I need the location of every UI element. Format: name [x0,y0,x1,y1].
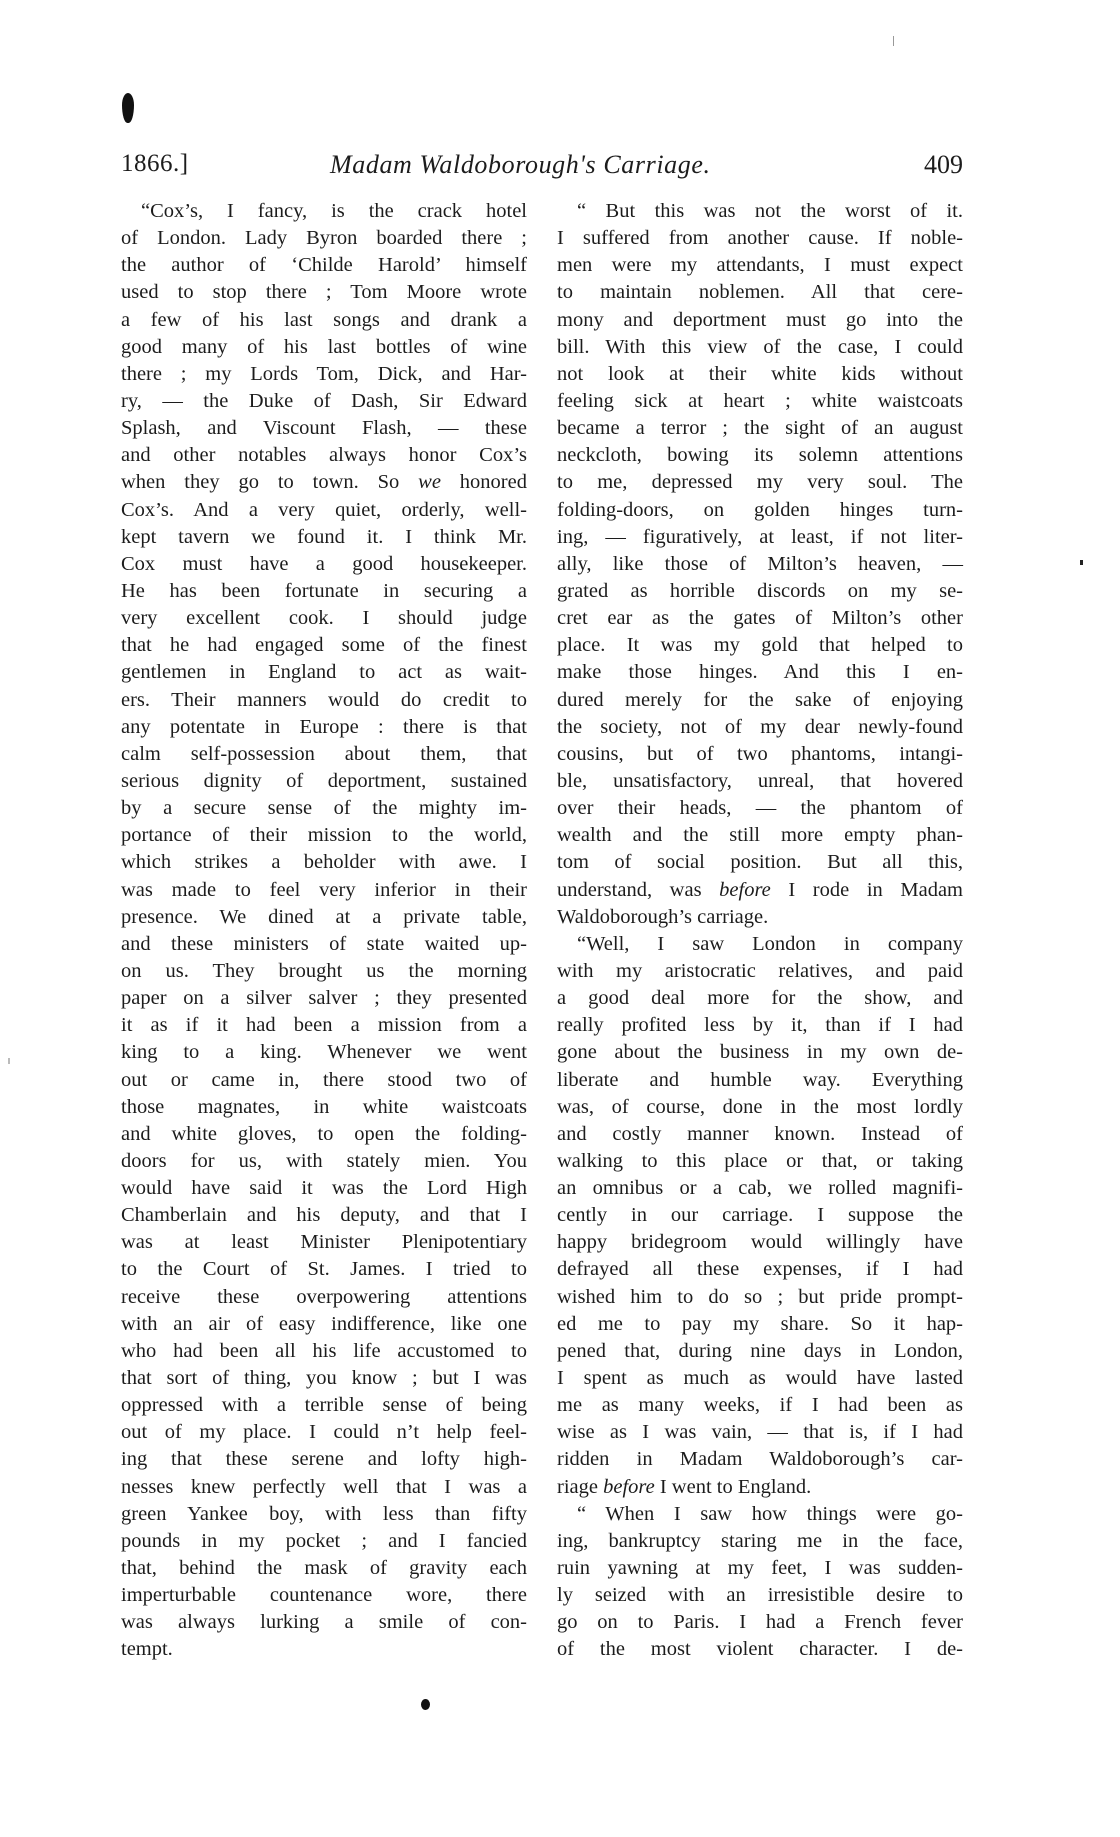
text-line: wished him to do so ; but pride prompt- [557,1284,963,1311]
ink-dot-mark [421,1699,430,1710]
text-line: who had been all his life accustomed to [121,1338,527,1365]
running-head-title: Madam Waldoborough's Carriage. [330,150,711,180]
text-line: gentlemen in England to act as wait- [121,659,527,686]
text-line: by a secure sense of the mighty im- [121,795,527,822]
text-line: cousins, but of two phantoms, intangi- [557,741,963,768]
text-line: an omnibus or a cab, we rolled magnifi- [557,1175,963,1202]
running-head-year: 1866.] [121,150,189,178]
text-line: place. It was my gold that helped to [557,632,963,659]
text-line: pounds in my pocket ; and I fancied [121,1528,527,1555]
right-text-column: “ But this was not the worst of it.I suf… [557,198,963,1664]
text-line: “ When I saw how things were go- [557,1501,963,1528]
scan-speck [8,1058,10,1064]
text-line: the society, not of my dear newly-found [557,714,963,741]
text-line: with an air of easy indifference, like o… [121,1311,527,1338]
text-line: bill. With this view of the case, I coul… [557,334,963,361]
text-line: gone about the business in my own de- [557,1039,963,1066]
text-line: ridden in Madam Waldoborough’s car- [557,1446,963,1473]
text-line: liberate and humble way. Everything [557,1067,963,1094]
text-line: king to a king. Whenever we went [121,1039,527,1066]
text-line: I suffered from another cause. If noble- [557,225,963,252]
text-line: that he had engaged some of the finest [121,632,527,659]
text-line: understand, was before I rode in Madam [557,877,963,904]
text-line: any potentate in Europe : there is that [121,714,527,741]
text-line: was, of course, done in the most lordly [557,1094,963,1121]
text-line: to me, depressed my very soul. The [557,469,963,496]
text-line: portance of their mission to the world, [121,822,527,849]
text-line: imperturbable countenance wore, there [121,1582,527,1609]
text-line: “Well, I saw London in company [557,931,963,958]
text-line: the author of ‘Childe Harold’ himself [121,252,527,279]
text-line: really profited less by it, than if I ha… [557,1012,963,1039]
text-line: dured merely for the sake of enjoying [557,687,963,714]
text-line: to maintain noblemen. All that cere- [557,279,963,306]
text-line: there ; my Lords Tom, Dick, and Har- [121,361,527,388]
text-line: kept tavern we found it. I think Mr. [121,524,527,551]
text-line: ble, unsatisfactory, unreal, that hovere… [557,768,963,795]
text-line: very excellent cook. I should judge [121,605,527,632]
text-line: out or came in, there stood two of [121,1067,527,1094]
text-line: was at least Minister Plenipotentiary [121,1229,527,1256]
text-line: oppressed with a terrible sense of being [121,1392,527,1419]
text-line: Chamberlain and his deputy, and that I [121,1202,527,1229]
text-line: and other notables always honor Cox’s [121,442,527,469]
text-line: feeling sick at heart ; white waistcoats [557,388,963,415]
text-line: me as many weeks, if I had been as [557,1392,963,1419]
italic-emphasis: we [418,471,441,493]
text-line: ed me to pay my share. So it hap- [557,1311,963,1338]
text-line: tom of social position. But all this, [557,849,963,876]
text-line: serious dignity of deportment, sustained [121,768,527,795]
text-line: nesses knew perfectly well that I was a [121,1474,527,1501]
text-line: go on to Paris. I had a French fever [557,1609,963,1636]
text-line: which strikes a beholder with awe. I [121,849,527,876]
text-line: on us. They brought us the morning [121,958,527,985]
text-line: grated as horrible discords on my se- [557,578,963,605]
text-line: became a terror ; the sight of an august [557,415,963,442]
text-line: over their heads, — the phantom of [557,795,963,822]
text-line: I spent as much as would have lasted [557,1365,963,1392]
text-line: doors for us, with stately mien. You [121,1148,527,1175]
book-page: 1866.] Madam Waldoborough's Carriage. 40… [0,0,1120,1837]
text-line: riage before I went to England. [557,1474,963,1501]
text-line: make those hinges. And this I en- [557,659,963,686]
scan-speck [893,36,894,46]
text-line: pened that, during nine days in London, [557,1338,963,1365]
text-line: receive these overpowering attentions [121,1284,527,1311]
text-line: of the most violent character. I de- [557,1636,963,1663]
text-line: was always lurking a smile of con- [121,1609,527,1636]
text-line: ing, — figuratively, at least, if not li… [557,524,963,551]
text-line: a few of his last songs and drank a [121,307,527,334]
text-line: men were my attendants, I must expect [557,252,963,279]
text-line: cently in our carriage. I suppose the [557,1202,963,1229]
text-line: tempt. [121,1636,527,1663]
text-line: and white gloves, to open the folding- [121,1121,527,1148]
text-line: happy bridegroom would willingly have [557,1229,963,1256]
text-line: Splash, and Viscount Flash, — these [121,415,527,442]
text-line: and these ministers of state waited up- [121,931,527,958]
text-line: He has been fortunate in securing a [121,578,527,605]
text-line: when they go to town. So we honored [121,469,527,496]
text-line: walking to this place or that, or taking [557,1148,963,1175]
running-head: 1866.] Madam Waldoborough's Carriage. 40… [121,150,963,186]
text-line: ally, like those of Milton’s heaven, — [557,551,963,578]
text-line: Waldoborough’s carriage. [557,904,963,931]
text-line: wealth and the still more empty phan- [557,822,963,849]
text-line: calm self-possession about them, that [121,741,527,768]
text-line: those magnates, in white waistcoats [121,1094,527,1121]
text-line: “Cox’s, I fancy, is the crack hotel [121,198,527,225]
text-line: ers. Their manners would do credit to [121,687,527,714]
text-line: not look at their white kids without [557,361,963,388]
text-line: of London. Lady Byron boarded there ; [121,225,527,252]
text-line: cret ear as the gates of Milton’s other [557,605,963,632]
text-line: used to stop there ; Tom Moore wrote [121,279,527,306]
text-line: ly seized with an irresistible desire to [557,1582,963,1609]
text-line: that, behind the mask of gravity each [121,1555,527,1582]
italic-emphasis: before [719,879,771,901]
text-line: ruin yawning at my feet, I was sudden- [557,1555,963,1582]
text-line: with my aristocratic relatives, and paid [557,958,963,985]
text-line: out of my place. I could n’t help feel- [121,1419,527,1446]
text-line: “ But this was not the worst of it. [557,198,963,225]
text-line: green Yankee boy, with less than fifty [121,1501,527,1528]
text-line: Cox must have a good housekeeper. [121,551,527,578]
page-number: 409 [924,150,963,180]
text-line: Cox’s. And a very quiet, orderly, well- [121,497,527,524]
left-text-column: “Cox’s, I fancy, is the crack hotelof Lo… [121,198,527,1664]
text-line: that sort of thing, you know ; but I was [121,1365,527,1392]
scan-speck [1080,560,1083,565]
ink-blot-mark [122,93,134,123]
text-line: ry, — the Duke of Dash, Sir Edward [121,388,527,415]
text-line: ing that these serene and lofty high- [121,1446,527,1473]
text-line: paper on a silver salver ; they presente… [121,985,527,1012]
text-line: presence. We dined at a private table, [121,904,527,931]
italic-emphasis: before [603,1476,655,1498]
text-line: good many of his last bottles of wine [121,334,527,361]
text-line: mony and deportment must go into the [557,307,963,334]
text-line: defrayed all these expenses, if I had [557,1256,963,1283]
text-line: and costly manner known. Instead of [557,1121,963,1148]
text-line: a good deal more for the show, and [557,985,963,1012]
text-line: was made to feel very inferior in their [121,877,527,904]
text-line: neckcloth, bowing its solemn attentions [557,442,963,469]
text-line: it as if it had been a mission from a [121,1012,527,1039]
text-line: ing, bankruptcy staring me in the face, [557,1528,963,1555]
text-line: would have said it was the Lord High [121,1175,527,1202]
text-line: folding-doors, on golden hinges turn- [557,497,963,524]
text-line: wise as I was vain, — that is, if I had [557,1419,963,1446]
text-line: to the Court of St. James. I tried to [121,1256,527,1283]
